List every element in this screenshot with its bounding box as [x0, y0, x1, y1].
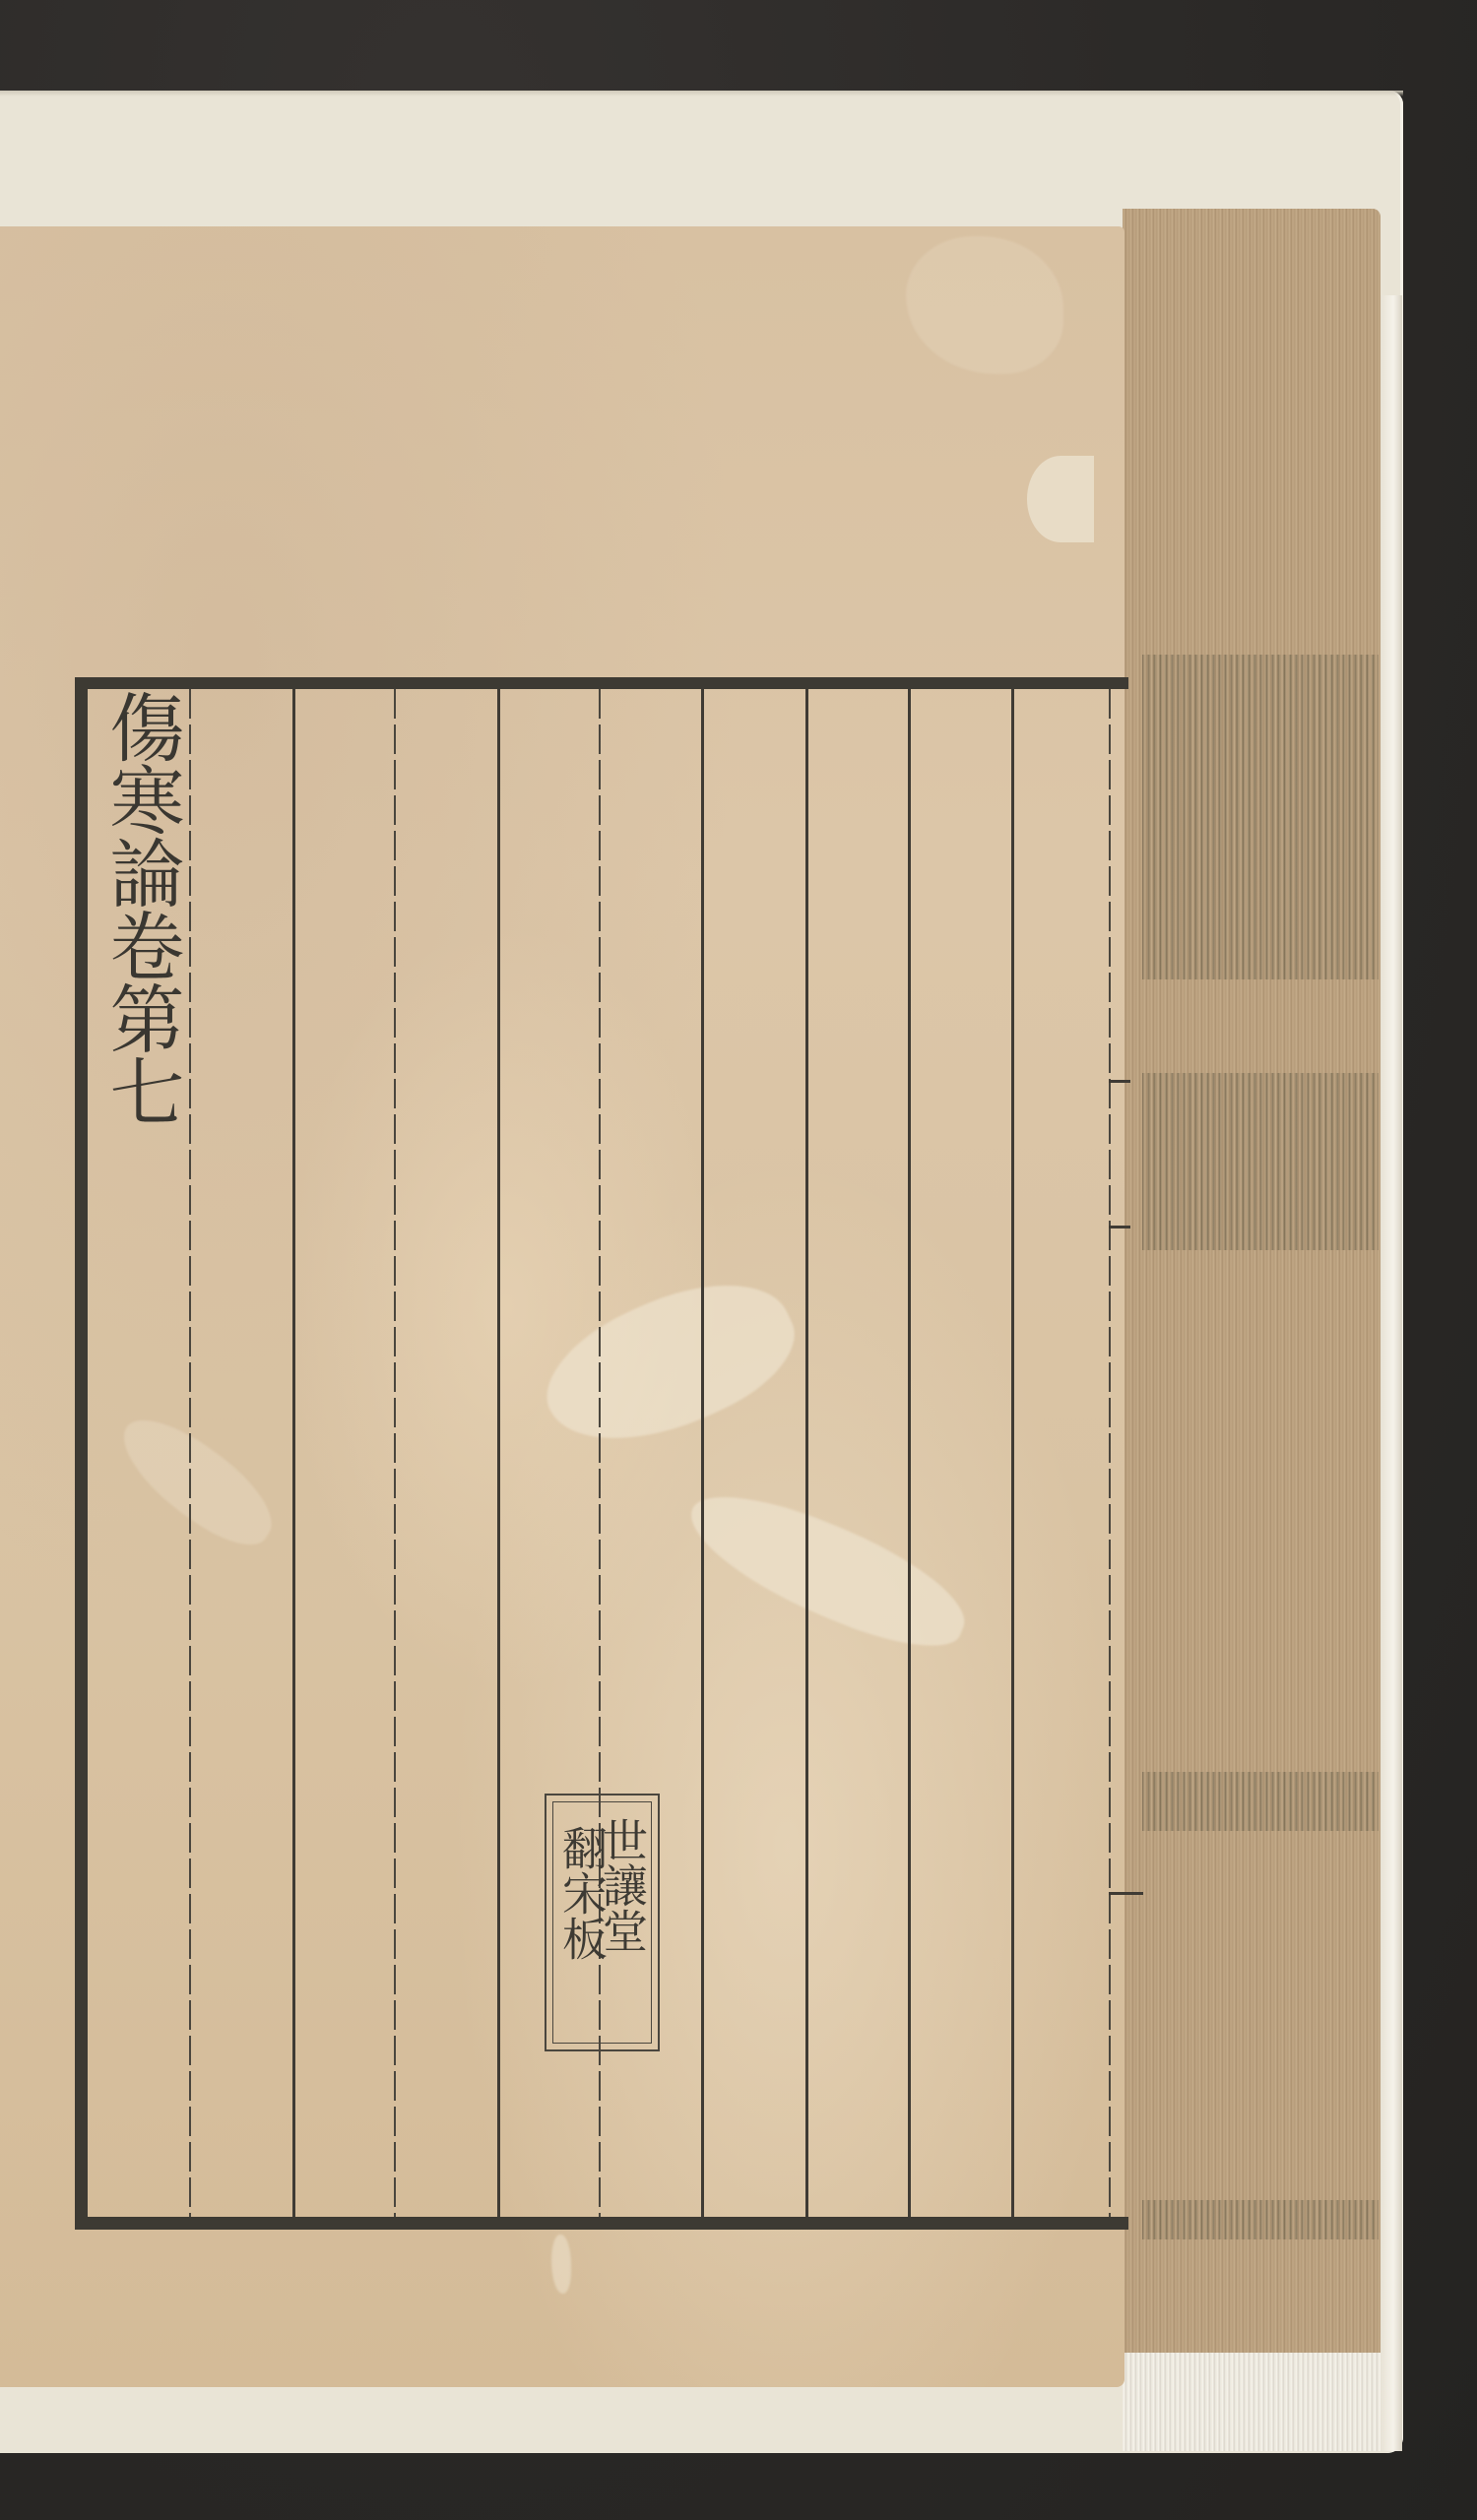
column-line — [394, 689, 396, 2217]
column-line — [701, 689, 704, 2217]
fishtail-mark — [1109, 1226, 1130, 1228]
volume-title: 傷寒論卷第七 — [96, 689, 185, 1126]
fore-edge-ink-middle — [1142, 1073, 1379, 1250]
page-stack-bottom-white — [1123, 2353, 1383, 2451]
banxin-line — [1109, 689, 1111, 2217]
column-line — [1011, 689, 1014, 2217]
fishtail-mark — [1109, 1892, 1143, 1895]
page-stack-fore-edge — [1123, 209, 1381, 2404]
book-page — [0, 226, 1124, 2387]
water-stain — [551, 2235, 571, 2294]
seal-left-text: 翻宋板 — [558, 1825, 606, 1961]
publisher-seal: 世讓堂 翻宋板 — [545, 1794, 660, 2051]
water-stain — [674, 1474, 981, 1667]
frame-top-border — [75, 677, 1128, 689]
fore-edge-ink-upper — [1142, 655, 1379, 979]
fishtail-mark — [1109, 1080, 1130, 1083]
column-line — [497, 689, 500, 2217]
flyleaf-edge — [0, 91, 1403, 96]
frame-left-border — [75, 677, 88, 2230]
water-stain — [527, 1251, 813, 1476]
column-line — [189, 689, 191, 2217]
paper-hole — [1027, 456, 1094, 542]
column-line — [908, 689, 911, 2217]
fore-edge-ink-bottom — [1142, 2200, 1379, 2239]
column-line — [292, 689, 295, 2217]
book-block-edge — [1381, 295, 1402, 2451]
frame-bottom-border — [75, 2217, 1128, 2230]
fore-edge-ink-lower — [1142, 1772, 1379, 1831]
water-stain — [104, 1403, 289, 1561]
water-stain — [906, 236, 1063, 374]
column-line — [805, 689, 808, 2217]
